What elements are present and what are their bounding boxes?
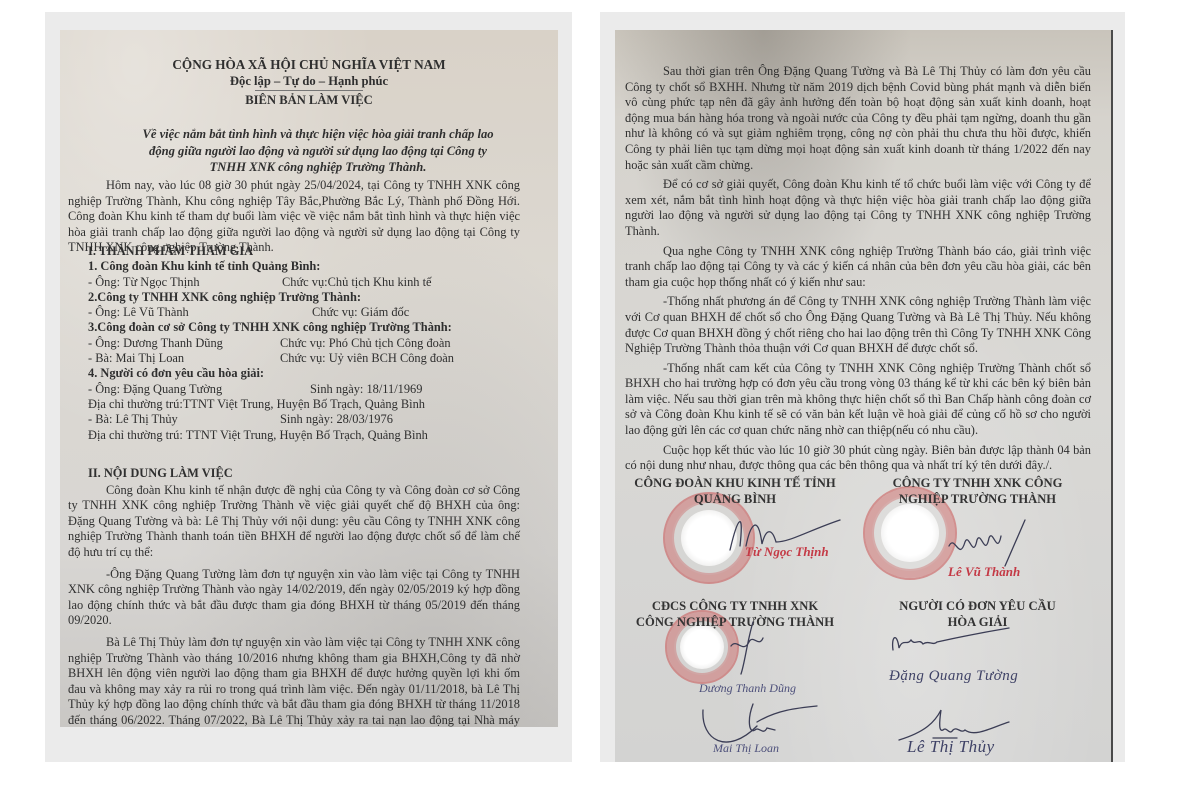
- subject-line: động giữa người lao động và người sử dụn…: [118, 143, 518, 160]
- group-title: 4. Người có đơn yêu cầu hòa giải:: [88, 366, 528, 381]
- document-subject: Về việc nắm bắt tình hình và thực hiện v…: [118, 126, 518, 176]
- seal-blur: [680, 625, 725, 670]
- subject-line: Về việc nắm bắt tình hình và thực hiện v…: [118, 126, 518, 143]
- section-content: II. NỘI DUNG LÀM VIỆC Công đoàn Khu kinh…: [68, 466, 520, 727]
- signature-scribble: [885, 626, 1015, 656]
- signer-name: Dương Thanh Dũng: [699, 681, 796, 696]
- participant-role: Chức vụ: Uỷ viên BCH Công đoàn: [280, 351, 454, 367]
- signature-party-economic-zone-union: CÔNG ĐOÀN KHU KINH TẾ TỈNH QUẢNG BÌNH: [615, 475, 855, 507]
- content-paragraph: -Ông Đặng Quang Tường làm đơn tự nguyện …: [68, 567, 520, 629]
- group-title: 2.Công ty TNHH XNK công nghiệp Trường Th…: [88, 290, 528, 305]
- party-title: NGHIỆP TRƯỜNG THÀNH: [860, 491, 1095, 507]
- body-paragraph: Để có cơ sở giải quyết, Công đoàn Khu ki…: [625, 177, 1091, 239]
- document-title: BIÊN BẢN LÀM VIỆC: [60, 92, 558, 109]
- signer-name-handwritten: Lê Thị Thủy: [907, 737, 995, 757]
- document-header: CỘNG HÒA XÃ HỘI CHỦ NGHĨA VIỆT NAM Độc l…: [60, 57, 558, 109]
- signature-scribble: [723, 618, 783, 678]
- signer-name: Từ Ngọc Thịnh: [745, 544, 829, 560]
- participant-row: - Bà: Lê Thị Thủy Sinh ngày: 28/03/1976: [88, 412, 528, 427]
- participant-row: - Ông: Dương Thanh Dũng Chức vụ: Phó Chủ…: [88, 336, 528, 351]
- participant-row: - Ông: Từ Ngọc Thịnh Chức vụ:Chủ tịch Kh…: [88, 275, 528, 290]
- participant-name: - Bà: Mai Thị Loan: [88, 351, 184, 365]
- participant-birthdate: Sinh ngày: 28/03/1976: [280, 412, 393, 428]
- section-heading: II. NỘI DUNG LÀM VIỆC: [68, 466, 520, 482]
- nation-title: CỘNG HÒA XÃ HỘI CHỦ NGHĨA VIỆT NAM: [60, 57, 558, 73]
- body-paragraph: -Thống nhất phương án để Công ty TNHH XN…: [625, 294, 1091, 356]
- signature-scribble: [945, 516, 1065, 570]
- party-title: QUẢNG BÌNH: [615, 491, 855, 507]
- signature-party-company: CÔNG TY TNHH XNK CÔNG NGHIỆP TRƯỜNG THÀN…: [860, 475, 1095, 507]
- content-paragraph: Công đoàn Khu kinh tế nhận được đề nghị …: [68, 483, 520, 561]
- signer-name-handwritten: Đặng Quang Tường: [889, 668, 1018, 685]
- participant-name: - Ông: Từ Ngọc Thịnh: [88, 275, 200, 289]
- body-paragraph: -Thống nhất cam kết của Công ty TNHH XNK…: [625, 361, 1091, 439]
- section-participants: I. THÀNH PHẦM THAM GIA 1. Công đoàn Khu …: [88, 244, 528, 443]
- participant-row: - Ông: Lê Vũ Thành Chức vụ: Giám đốc: [88, 305, 528, 320]
- participant-name: - Ông: Lê Vũ Thành: [88, 305, 189, 319]
- participant-role: Chức vụ: Phó Chủ tịch Công đoàn: [280, 336, 451, 352]
- right-page-card: Sau thời gian trên Ông Đặng Quang Tường …: [600, 12, 1125, 762]
- group-title: 1. Công đoàn Khu kinh tế tỉnh Quảng Bình…: [88, 259, 528, 274]
- participant-name: - Ông: Dương Thanh Dũng: [88, 336, 223, 350]
- header-rule: [255, 90, 363, 91]
- party-title: CĐCS CÔNG TY TNHH XNK: [615, 598, 855, 614]
- body-paragraph: Sau thời gian trên Ông Đặng Quang Tường …: [625, 64, 1091, 173]
- seal-blur: [881, 504, 939, 562]
- participant-row: - Ông: Đặng Quang Tường Sinh ngày: 18/11…: [88, 382, 528, 397]
- body-paragraph: Qua nghe Công ty TNHH XNK công nghiệp Tr…: [625, 244, 1091, 291]
- group-title: 3.Công đoàn cơ sở Công ty TNHH XNK công …: [88, 320, 528, 335]
- participant-name: - Ông: Đặng Quang Tường: [88, 382, 222, 396]
- section-heading: I. THÀNH PHẦM THAM GIA: [88, 244, 528, 259]
- party-title: CÔNG ĐOÀN KHU KINH TẾ TỈNH: [615, 475, 855, 491]
- left-page-photo: CỘNG HÒA XÃ HỘI CHỦ NGHĨA VIỆT NAM Độc l…: [60, 30, 558, 727]
- participant-role: Chức vụ: Giám đốc: [312, 305, 409, 321]
- participant-row: - Bà: Mai Thị Loan Chức vụ: Uỷ viên BCH …: [88, 351, 528, 366]
- right-page-photo: Sau thời gian trên Ông Đặng Quang Tường …: [615, 30, 1113, 762]
- party-title: NGƯỜI CÓ ĐƠN YÊU CẦU: [860, 598, 1095, 614]
- participant-birthdate: Sinh ngày: 18/11/1969: [310, 382, 422, 398]
- body-paragraph: Cuộc họp kết thúc vào lúc 10 giờ 30 phút…: [625, 443, 1091, 474]
- participant-role: Chức vụ:Chủ tịch Khu kinh tế: [282, 275, 432, 291]
- left-page-card: CỘNG HÒA XÃ HỘI CHỦ NGHĨA VIỆT NAM Độc l…: [45, 12, 572, 762]
- motto: Độc lập – Tự do – Hạnh phúc: [60, 73, 558, 89]
- signer-name: Lê Vũ Thành: [948, 564, 1020, 580]
- participant-name: - Bà: Lê Thị Thủy: [88, 412, 178, 426]
- party-title: CÔNG TY TNHH XNK CÔNG: [860, 475, 1095, 491]
- subject-line: TNHH XNK công nghiệp Trường Thành.: [118, 159, 518, 176]
- signer-name: Mai Thị Loan: [713, 741, 779, 756]
- content-paragraph: Bà Lê Thị Thủy làm đơn tự nguyện xin vào…: [68, 635, 520, 727]
- continuation-body: Sau thời gian trên Ông Đặng Quang Tường …: [625, 64, 1091, 478]
- participant-address: Địa chỉ thường trú: TTNT Việt Trung, Huy…: [88, 428, 528, 443]
- participant-address: Địa chỉ thường trú:TTNT Việt Trung, Huyệ…: [88, 397, 528, 412]
